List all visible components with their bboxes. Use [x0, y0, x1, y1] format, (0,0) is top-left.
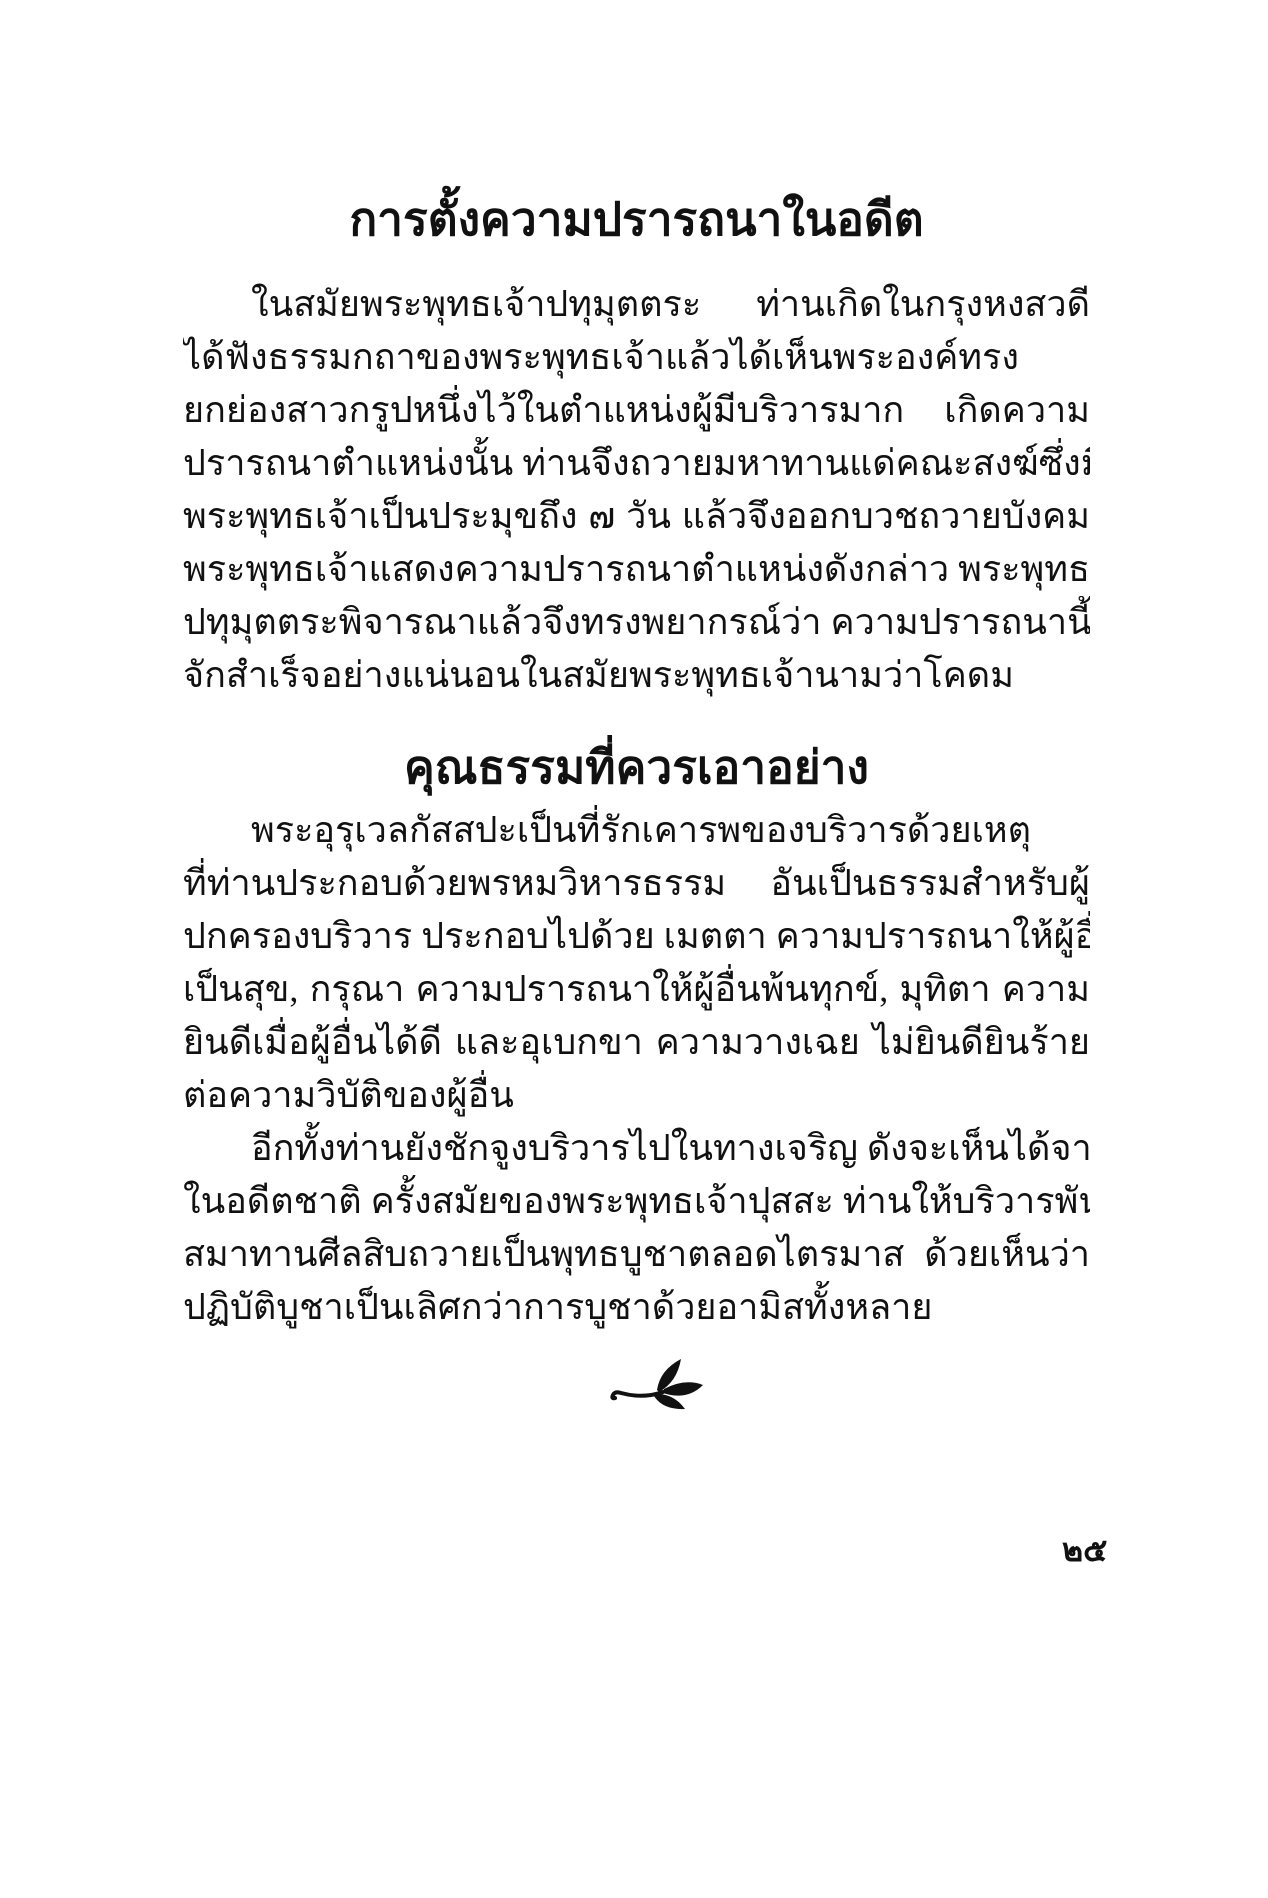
leaf-ornament [183, 1356, 1090, 1417]
text-line: พระพุทธเจ้าแสดงความปรารถนาตำแหน่งดังกล่า… [183, 543, 1090, 596]
paragraph-past-life-example: อีกทั้งท่านยังชักจูงบริวารไปในทางเจริญ ด… [183, 1122, 1090, 1334]
text-line: สมาทานศีลสิบถวายเป็นพุทธบูชาตลอดไตรมาส ด… [183, 1228, 1090, 1281]
text-line: พระพุทธเจ้าเป็นประมุขถึง ๗ วัน แล้วจึงออ… [183, 490, 1090, 543]
section-heading-past-aspiration: การตั้งความปรารถนาในอดีต [183, 190, 1090, 250]
page-number: ๒๕ [1062, 1525, 1107, 1576]
text-line: ยกย่องสาวกรูปหนึ่งไว้ในตำแหน่งผู้มีบริวา… [183, 384, 1090, 437]
text-line: ปรารถนาตำแหน่งนั้น ท่านจึงถวายมหาทานแด่ค… [183, 437, 1090, 490]
text-column: การตั้งความปรารถนาในอดีต ในสมัยพระพุทธเจ… [183, 190, 1090, 1417]
paragraph-past-aspiration: ในสมัยพระพุทธเจ้าปทุมุตตระ ท่านเกิดในกรุ… [183, 278, 1090, 702]
text-line: ได้ฟังธรรมกถาของพระพุทธเจ้าแล้วได้เห็นพร… [183, 331, 1090, 384]
leaf-sprig-icon [609, 1356, 705, 1412]
text-line: อีกทั้งท่านยังชักจูงบริวารไปในทางเจริญ ด… [183, 1122, 1090, 1175]
text-line: ปฏิบัติบูชาเป็นเลิศกว่าการบูชาด้วยอามิสท… [183, 1281, 1090, 1334]
text-line: ปทุมุตตระพิจารณาแล้วจึงทรงพยากรณ์ว่า ควา… [183, 596, 1090, 649]
text-line: ยินดีเมื่อผู้อื่นได้ดี และอุเบกขา ความวา… [183, 1016, 1090, 1069]
text-line: ที่ท่านประกอบด้วยพรหมวิหารธรรม อันเป็นธร… [183, 857, 1090, 910]
text-line: เป็นสุข, กรุณา ความปรารถนาให้ผู้อื่นพ้นท… [183, 963, 1090, 1016]
text-line: ในอดีตชาติ ครั้งสมัยของพระพุทธเจ้าปุสสะ … [183, 1175, 1090, 1228]
document-page: การตั้งความปรารถนาในอดีต ในสมัยพระพุทธเจ… [0, 0, 1268, 1898]
section-heading-exemplary-virtues: คุณธรรมที่ควรเอาอย่าง [183, 738, 1090, 798]
text-line: ปกครองบริวาร ประกอบไปด้วย เมตตา ความปราร… [183, 910, 1090, 963]
paragraph-virtues: พระอุรุเวลกัสสปะเป็นที่รักเคารพของบริวาร… [183, 804, 1090, 1122]
text-line: จักสำเร็จอย่างแน่นอนในสมัยพระพุทธเจ้านาม… [183, 649, 1090, 702]
text-line: ในสมัยพระพุทธเจ้าปทุมุตตระ ท่านเกิดในกรุ… [183, 278, 1090, 331]
text-line: พระอุรุเวลกัสสปะเป็นที่รักเคารพของบริวาร… [183, 804, 1090, 857]
text-line: ต่อความวิบัติของผู้อื่น [183, 1069, 1090, 1122]
